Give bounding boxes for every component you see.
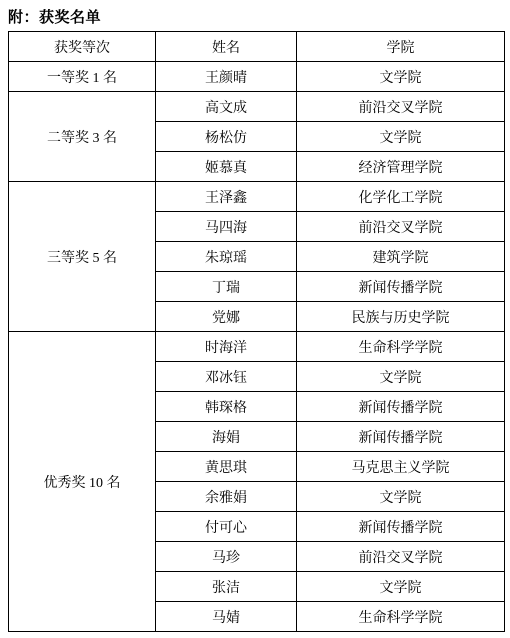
winner-name-cell: 黄思琪 — [156, 452, 297, 482]
winner-college-cell: 文学院 — [297, 572, 505, 602]
winner-college-cell: 文学院 — [297, 62, 505, 92]
table-row: 优秀奖 10 名时海洋生命科学学院 — [9, 332, 505, 362]
award-tier-cell: 优秀奖 10 名 — [9, 332, 156, 632]
winner-name-cell: 杨松仿 — [156, 122, 297, 152]
table-row: 三等奖 5 名王泽鑫化学化工学院 — [9, 182, 505, 212]
winner-college-cell: 经济管理学院 — [297, 152, 505, 182]
winner-college-cell: 生命科学学院 — [297, 602, 505, 632]
winner-name-cell: 高文成 — [156, 92, 297, 122]
award-tier-cell: 二等奖 3 名 — [9, 92, 156, 182]
winner-name-cell: 朱琼瑶 — [156, 242, 297, 272]
winner-college-cell: 民族与历史学院 — [297, 302, 505, 332]
header-award-tier: 获奖等次 — [9, 32, 156, 62]
winner-name-cell: 马婧 — [156, 602, 297, 632]
winner-name-cell: 王颜晴 — [156, 62, 297, 92]
winner-college-cell: 新闻传播学院 — [297, 512, 505, 542]
winner-name-cell: 张洁 — [156, 572, 297, 602]
winner-name-cell: 韩琛格 — [156, 392, 297, 422]
winner-college-cell: 马克思主义学院 — [297, 452, 505, 482]
winner-name-cell: 姬慕真 — [156, 152, 297, 182]
winner-name-cell: 王泽鑫 — [156, 182, 297, 212]
table-header-row: 获奖等次 姓名 学院 — [9, 32, 505, 62]
winner-college-cell: 生命科学学院 — [297, 332, 505, 362]
page-title: 附：获奖名单 — [8, 6, 101, 27]
award-tier-cell: 一等奖 1 名 — [9, 62, 156, 92]
winner-college-cell: 文学院 — [297, 122, 505, 152]
winner-name-cell: 时海洋 — [156, 332, 297, 362]
winner-college-cell: 文学院 — [297, 482, 505, 512]
table-row: 二等奖 3 名高文成前沿交叉学院 — [9, 92, 505, 122]
winner-name-cell: 马四海 — [156, 212, 297, 242]
award-tier-cell: 三等奖 5 名 — [9, 182, 156, 332]
winner-name-cell: 海娟 — [156, 422, 297, 452]
document-page: 附：获奖名单 获奖等次 姓名 学院 一等奖 1 名王颜晴文学院二等奖 3 名高文… — [0, 0, 510, 638]
winner-name-cell: 党娜 — [156, 302, 297, 332]
winner-name-cell: 邓冰钰 — [156, 362, 297, 392]
award-winners-table: 获奖等次 姓名 学院 一等奖 1 名王颜晴文学院二等奖 3 名高文成前沿交叉学院… — [8, 31, 505, 632]
table-body: 一等奖 1 名王颜晴文学院二等奖 3 名高文成前沿交叉学院杨松仿文学院姬慕真经济… — [9, 62, 505, 632]
winner-college-cell: 前沿交叉学院 — [297, 212, 505, 242]
winner-college-cell: 前沿交叉学院 — [297, 92, 505, 122]
winner-college-cell: 新闻传播学院 — [297, 422, 505, 452]
winner-college-cell: 新闻传播学院 — [297, 392, 505, 422]
winner-college-cell: 前沿交叉学院 — [297, 542, 505, 572]
winner-college-cell: 文学院 — [297, 362, 505, 392]
header-name: 姓名 — [156, 32, 297, 62]
winner-name-cell: 马珍 — [156, 542, 297, 572]
winner-name-cell: 余雅娟 — [156, 482, 297, 512]
header-college: 学院 — [297, 32, 505, 62]
winner-college-cell: 化学化工学院 — [297, 182, 505, 212]
winner-college-cell: 建筑学院 — [297, 242, 505, 272]
winner-name-cell: 付可心 — [156, 512, 297, 542]
table-row: 一等奖 1 名王颜晴文学院 — [9, 62, 505, 92]
winner-college-cell: 新闻传播学院 — [297, 272, 505, 302]
winner-name-cell: 丁瑞 — [156, 272, 297, 302]
